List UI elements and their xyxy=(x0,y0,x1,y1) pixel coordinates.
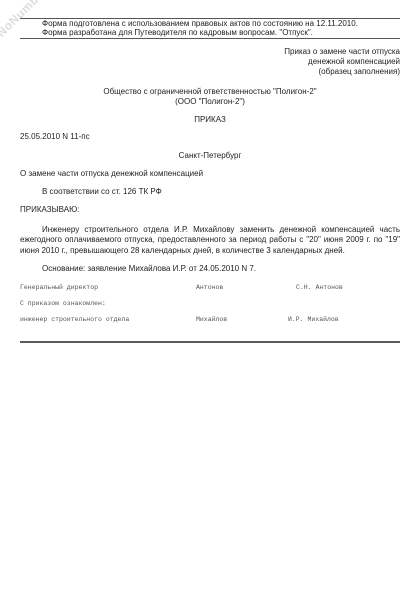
signature-position: Генеральный директор xyxy=(20,283,98,293)
doc-caption-line1: Приказ о замене части отпуска xyxy=(284,47,400,57)
order-word: ПРИКАЗЫВАЮ: xyxy=(20,205,79,215)
order-text: Инженеру строительного отдела И.Р. Михай… xyxy=(20,225,400,256)
signature-mark: Антонов xyxy=(196,283,223,293)
header-note-line2: Форма разработана для Путеводителя по ка… xyxy=(42,28,313,38)
signature-name: С.Н. Антонов xyxy=(296,283,343,293)
basis-law: В соответствии со ст. 126 ТК РФ xyxy=(42,187,162,197)
doc-caption-line3: (образец заполнения) xyxy=(319,67,400,77)
grounds: Основание: заявление Михайлова И.Р. от 2… xyxy=(42,264,256,274)
organization-short-name: (ООО "Полигон-2") xyxy=(0,97,420,107)
doc-caption-line2: денежной компенсацией xyxy=(308,57,400,67)
header-bottom-rule xyxy=(20,38,400,39)
acquainted-label: С приказом ознакомлен: xyxy=(20,299,106,309)
subject: О замене части отпуска денежной компенса… xyxy=(20,169,203,179)
signature-position: инженер строительного отдела xyxy=(20,315,129,325)
doc-type-title: ПРИКАЗ xyxy=(0,115,420,125)
signature-mark: Михайлов xyxy=(196,315,227,325)
organization-full-name: Общество с ограниченной ответственностью… xyxy=(0,87,420,97)
date-number: 25.05.2010 N 11-пс xyxy=(20,132,90,142)
footer-rule xyxy=(20,341,400,343)
city: Санкт-Петербург xyxy=(0,151,420,161)
signature-name: И.Р. Михайлов xyxy=(288,315,339,325)
